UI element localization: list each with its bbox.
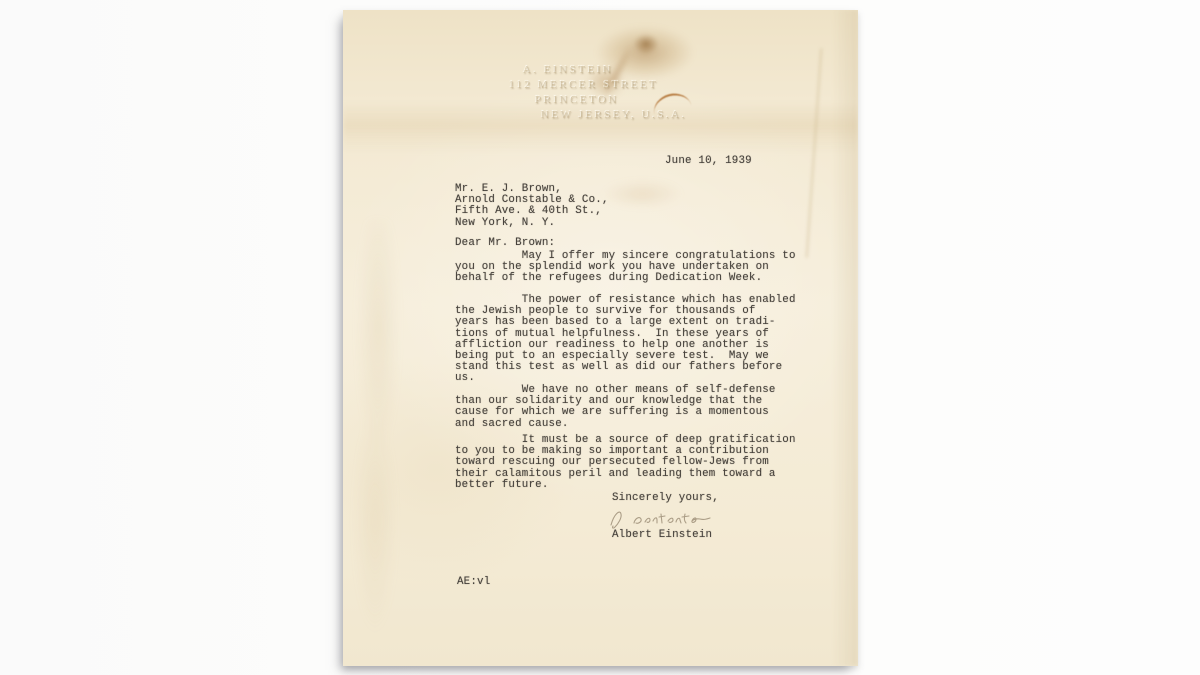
letterhead-line: PRINCETON [535,94,619,106]
letterhead-line: 112 MERCER STREET [509,79,659,91]
date-smudge [595,178,690,210]
recipient-address: Mr. E. J. Brown, Arnold Constable & Co.,… [455,184,609,229]
date-line: June 10, 1939 [665,156,752,167]
crease-line [806,48,823,258]
letter-paragraph: We have no other means of self-defense t… [455,385,776,430]
reference-initials: AE:vl [457,577,490,588]
right-edge-shading [832,10,858,666]
left-aging-streak [349,220,407,650]
letter-paper: A. EINSTEIN 112 MERCER STREET PRINCETON … [343,10,858,666]
letterhead-line: A. EINSTEIN [523,64,613,76]
letter-paragraph: It must be a source of deep gratificatio… [455,435,796,491]
photo-backdrop: A. EINSTEIN 112 MERCER STREET PRINCETON … [0,0,1200,675]
letterhead-line: NEW JERSEY, U.S.A. [541,109,687,121]
letter-paragraph: The power of resistance which has enable… [455,295,796,385]
letter-paragraph: May I offer my sincere congratulations t… [455,251,796,285]
stain-spot-dark [631,32,661,56]
salutation: Dear Mr. Brown: [455,238,555,249]
typed-name: Albert Einstein [612,530,712,541]
